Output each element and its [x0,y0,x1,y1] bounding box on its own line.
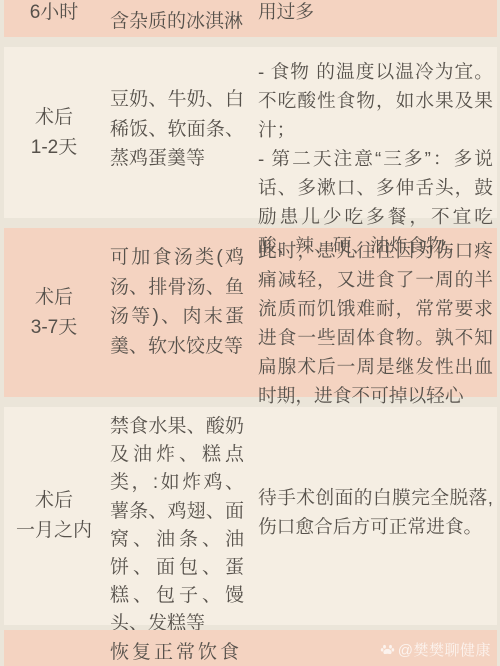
time-label-line2: 一月之内 [16,516,92,546]
note-cell: 此时，患儿往往因为伤口疼痛减轻，又进食了一周的半流质而饥饿难耐，常常要求进食一些… [244,228,497,397]
time-label: 6小时 [30,1,79,25]
time-label-line1: 术后 [35,283,73,313]
note-text: 此时，患儿往往因为伤口疼痛减轻，又进食了一周的半流质而饥饿难耐，常常要求进食一些… [258,236,493,410]
paw-icon [380,642,395,657]
note-text: 用过多 [258,0,493,26]
table-row-days-3-7: 术后 3-7天 可加食汤类(鸡汤、排骨汤、鱼汤等)、肉末蛋羹、软水饺皮等 此时，… [4,228,497,397]
food-cell: 可加食汤类(鸡汤、排骨汤、鱼汤等)、肉末蛋羹、软水饺皮等 [104,228,244,397]
table-row-normal-diet: 恢复正常饮食 @樊樊聊健康 [4,630,497,666]
food-text: 禁食水果、酸奶及油炸、糕点类，:如炸鸡、薯条、鸡翅、面窝、油条、油饼、面包、蛋糕… [110,413,244,639]
food-text: 可加食汤类(鸡汤、排骨汤、鱼汤等)、肉末蛋羹、软水饺皮等 [110,243,244,361]
food-text: 豆奶、牛奶、白稀饭、软面条、蒸鸡蛋羹等 [110,85,244,174]
time-cell: 术后 1-2天 [4,47,104,218]
diet-stage-table: 6小时 含杂质的冰淇淋 用过多 术后 1-2天 豆奶、牛奶、白稀饭、软面条、蒸鸡… [0,0,500,666]
table-row-first-month: 术后 一月之内 禁食水果、酸奶及油炸、糕点类，:如炸鸡、薯条、鸡翅、面窝、油条、… [4,407,497,625]
table-row-days-1-2: 术后 1-2天 豆奶、牛奶、白稀饭、软面条、蒸鸡蛋羹等 - 食物 的温度以温冷为… [4,47,497,218]
time-cell: 术后 3-7天 [4,228,104,397]
food-cell: 豆奶、牛奶、白稀饭、软面条、蒸鸡蛋羹等 [104,85,244,180]
food-cell: 恢复正常饮食 [104,630,244,666]
food-cell: 含杂质的冰淇淋 [104,0,244,37]
note-cell: 待手术创面的白膜完全脱落,伤口愈合后方可正常进食。 [244,483,497,549]
time-label-line1: 术后 [35,103,73,133]
note-cell: - 食物 的温度以温冷为宜。不吃酸性食物，如水果及果汁； - 第二天注意“三多”… [244,47,497,218]
time-cell [4,630,104,666]
time-cell: 术后 一月之内 [4,407,104,625]
note-text: 待手术创面的白膜完全脱落,伤口愈合后方可正常进食。 [258,483,493,541]
watermark: @樊樊聊健康 [380,639,491,660]
food-cell: 禁食水果、酸奶及油炸、糕点类，:如炸鸡、薯条、鸡翅、面窝、油条、油饼、面包、蛋糕… [104,407,244,625]
food-text: 恢复正常饮食 [110,638,244,666]
time-label-line2: 1-2天 [31,133,77,163]
time-label-line2: 3-7天 [31,313,77,343]
time-label-line1: 术后 [35,486,73,516]
table-row-6-hours: 6小时 含杂质的冰淇淋 用过多 [4,0,497,37]
note-paragraph: - 食物 的温度以温冷为宜。不吃酸性食物，如水果及果汁； [258,57,493,144]
note-cell: 用过多 [244,0,497,37]
time-cell: 6小时 [4,0,104,37]
watermark-text: @樊樊聊健康 [398,639,491,660]
food-text: 含杂质的冰淇淋 [110,7,244,37]
